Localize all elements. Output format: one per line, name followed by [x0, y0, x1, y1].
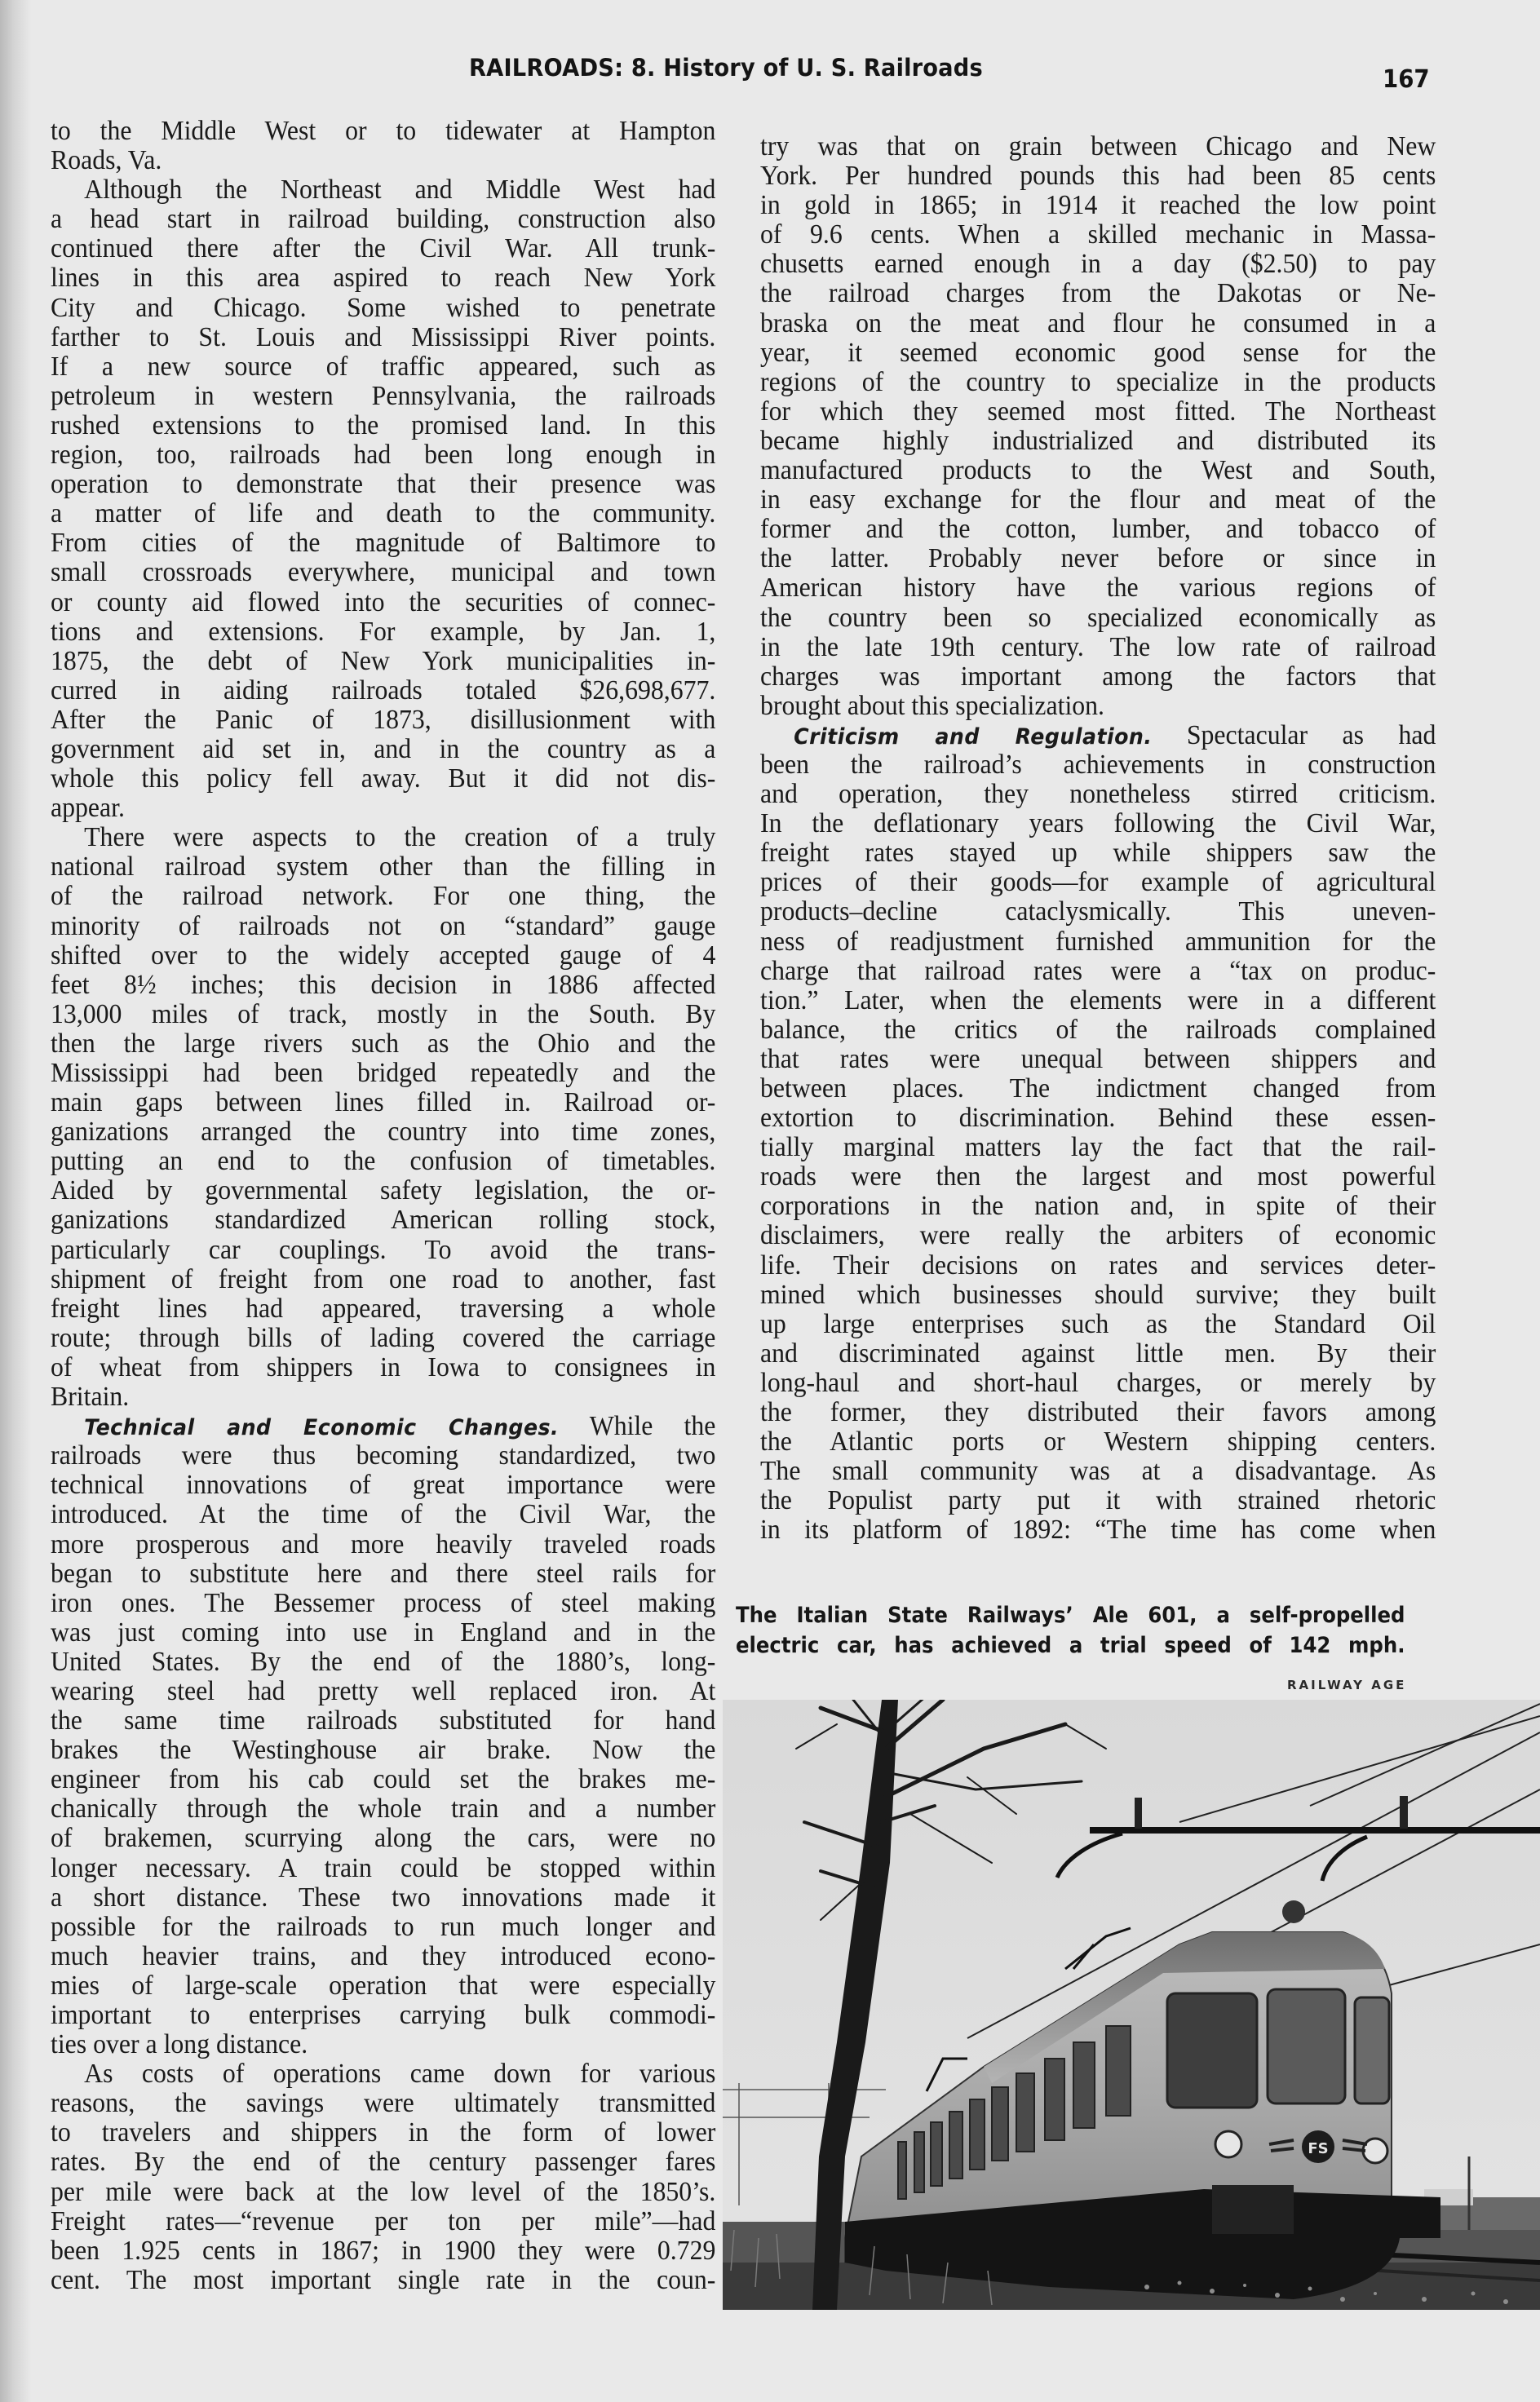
text-line: the country been so specialized economic…: [760, 604, 1436, 633]
text-line: balance, the critics of the railroads co…: [760, 1015, 1436, 1045]
text-line: tion.” Later, when the elements were in …: [760, 986, 1436, 1015]
text-line: freight lines had appeared, traversing a…: [51, 1294, 715, 1324]
text-line: of wheat from shippers in Iowa to consig…: [51, 1353, 715, 1382]
text-line: City and Chicago. Some wished to penetra…: [51, 294, 715, 323]
text-line: In the deflationary years following the …: [760, 809, 1436, 838]
text-line: national railroad system other than the …: [51, 852, 715, 882]
text-line: disclaimers, were really the arbiters of…: [760, 1221, 1436, 1250]
text-fragment: Spectacular as had: [1187, 720, 1436, 750]
text-line: the latter. Probably never before or sin…: [760, 544, 1436, 573]
text-line: regions of the country to specialize in …: [760, 368, 1436, 397]
text-line: in gold in 1865; in 1914 it reached the …: [760, 191, 1436, 220]
text-line: particularly car couplings. To avoid the…: [51, 1236, 715, 1265]
text-line: rushed extensions to the promised land. …: [51, 411, 715, 440]
page-gutter-shadow: [0, 0, 31, 2402]
text-line: appear.: [51, 794, 715, 823]
text-line: mined which businesses should survive; t…: [760, 1281, 1436, 1310]
text-line: possible for the railroads to run much l…: [51, 1913, 715, 1942]
text-line: Freight rates—“revenue per ton per mile”…: [51, 2207, 715, 2236]
text-line: Mississippi had been bridged repeatedly …: [51, 1059, 715, 1088]
text-line: braska on the meat and flour he consumed…: [760, 309, 1436, 338]
text-line: brakes the Westinghouse air brake. Now t…: [51, 1736, 715, 1765]
section-heading-technical: Technical and Economic Changes.: [84, 1415, 559, 1440]
left-column: to the Middle West or to tidewater at Ha…: [51, 117, 715, 2295]
text-line: The small community was at a disadvantag…: [760, 1457, 1436, 1486]
text-line: ganizations arranged the country into ti…: [51, 1117, 715, 1147]
text-line: extortion to discrimination. Behind thes…: [760, 1104, 1436, 1133]
svg-text:FS: FS: [1308, 2140, 1328, 2157]
text-line: brought about this specialization.: [760, 692, 1436, 721]
text-line: try was that on grain between Chicago an…: [760, 132, 1436, 161]
text-line: the same time railroads substituted for …: [51, 1706, 715, 1736]
text-line: life. Their decisions on rates and servi…: [760, 1251, 1436, 1281]
text-line: There were aspects to the creation of a …: [51, 823, 715, 852]
text-line: shifted over to the widely accepted gaug…: [51, 941, 715, 971]
text-line: in easy exchange for the flour and meat …: [760, 485, 1436, 515]
text-line: the Atlantic ports or Western shipping c…: [760, 1427, 1436, 1457]
text-line: ganizations standardized American rollin…: [51, 1205, 715, 1235]
text-line: railroads were thus becoming standardize…: [51, 1441, 715, 1471]
text-line: to the Middle West or to tidewater at Ha…: [51, 117, 715, 146]
text-line: technical innovations of great importanc…: [51, 1471, 715, 1500]
text-line: been 1.925 cents in 1867; in 1900 they w…: [51, 2236, 715, 2266]
text-line: much heavier trains, and they introduced…: [51, 1942, 715, 1971]
text-line: ties over a long distance.: [51, 2030, 715, 2059]
text-line: been the railroad’s achievements in cons…: [760, 750, 1436, 780]
text-line: York. Per hundred pounds this had been 8…: [760, 161, 1436, 191]
text-line: 1875, the debt of New York municipalitie…: [51, 647, 715, 676]
text-line: that rates were unequal between shippers…: [760, 1045, 1436, 1074]
text-line: engineer from his cab could set the brak…: [51, 1765, 715, 1794]
text-line: prices of their goods—for example of agr…: [760, 868, 1436, 897]
text-line: wearing steel had pretty well replaced i…: [51, 1677, 715, 1706]
section-heading-criticism: Criticism and Regulation.: [794, 724, 1152, 750]
text-line: the former, they distributed their favor…: [760, 1398, 1436, 1427]
text-line: manufactured products to the West and So…: [760, 456, 1436, 485]
text-line: American history have the various region…: [760, 573, 1436, 603]
text-line: Although the Northeast and Middle West h…: [51, 175, 715, 205]
text-line: year, it seemed economic good sense for …: [760, 338, 1436, 368]
text-line: was just coming into use in England and …: [51, 1618, 715, 1648]
text-line: shipment of freight from one road to ano…: [51, 1265, 715, 1294]
text-line: As costs of operations came down for var…: [51, 2059, 715, 2089]
text-line: rates. By the end of the century passeng…: [51, 2148, 715, 2177]
text-line: charge that railroad rates were a “tax o…: [760, 957, 1436, 986]
text-line: freight rates stayed up while shippers s…: [760, 838, 1436, 868]
text-line: a matter of life and death to the commun…: [51, 499, 715, 529]
text-line: chanically through the whole train and a…: [51, 1794, 715, 1824]
text-line: feet 8½ inches; this decision in 1886 af…: [51, 971, 715, 1000]
text-line: or county aid flowed into the securities…: [51, 588, 715, 617]
text-line: more prosperous and more heavily travele…: [51, 1530, 715, 1559]
text-line: 13,000 miles of track, mostly in the Sou…: [51, 1000, 715, 1029]
text-line: Aided by governmental safety legislation…: [51, 1176, 715, 1205]
text-line: continued there after the Civil War. All…: [51, 234, 715, 263]
text-line: the Populist party put it with strained …: [760, 1486, 1436, 1515]
section-heading-line: Technical and Economic Changes. While th…: [51, 1412, 715, 1441]
text-line: region, too, railroads had been long eno…: [51, 440, 715, 470]
text-line: then the large rivers such as the Ohio a…: [51, 1029, 715, 1059]
text-line: mies of large-scale operation that were …: [51, 1971, 715, 2001]
photo-credit: RAILWAY AGE: [1287, 1678, 1406, 1692]
page-number: 167: [1383, 65, 1430, 94]
text-line: farther to St. Louis and Mississippi Riv…: [51, 323, 715, 352]
figure-caption: The Italian State Railways’ Ale 601, a s…: [736, 1600, 1406, 1661]
text-line: corporations in the nation and, in spite…: [760, 1192, 1436, 1221]
text-line: the railroad charges from the Dakotas or…: [760, 279, 1436, 308]
text-line: up large enterprises such as the Standar…: [760, 1310, 1436, 1339]
text-line: ness of readjustment furnished ammunitio…: [760, 927, 1436, 957]
text-line: a head start in railroad building, const…: [51, 205, 715, 234]
text-line: route; through bills of lading covered t…: [51, 1324, 715, 1353]
text-line: in the late 19th century. The low rate o…: [760, 633, 1436, 662]
text-line: Roads, Va.: [51, 146, 715, 175]
text-line: Britain.: [51, 1382, 715, 1412]
text-line: per mile were back at the low level of t…: [51, 2178, 715, 2207]
text-line: of brakemen, scurrying along the cars, w…: [51, 1824, 715, 1853]
text-line: for which they seemed most fitted. The N…: [760, 397, 1436, 427]
text-line: former and the cotton, lumber, and tobac…: [760, 515, 1436, 544]
text-line: minority of railroads not on “standard” …: [51, 912, 715, 941]
text-line: roads were then the largest and most pow…: [760, 1162, 1436, 1192]
text-line: reasons, the savings were ultimately tra…: [51, 2089, 715, 2118]
text-line: small crossroads everywhere, municipal a…: [51, 558, 715, 587]
caption-line: electric car, has achieved a trial speed…: [736, 1630, 1405, 1661]
text-line: tions and extensions. For example, by Ja…: [51, 617, 715, 647]
text-line: After the Panic of 1873, disillusionment…: [51, 706, 715, 735]
section-heading-line: Criticism and Regulation. Spectacular as…: [760, 721, 1436, 750]
text-line: United States. By the end of the 1880’s,…: [51, 1648, 715, 1677]
right-column: try was that on grain between Chicago an…: [760, 132, 1436, 1546]
text-line: If a new source of traffic appeared, suc…: [51, 352, 715, 382]
text-line: iron ones. The Bessemer process of steel…: [51, 1589, 715, 1618]
text-line: charges was important among the factors …: [760, 662, 1436, 692]
text-line: tially marginal matters lay the fact tha…: [760, 1133, 1436, 1162]
text-line: main gaps between lines filled in. Railr…: [51, 1088, 715, 1117]
text-line: operation to demonstrate that their pres…: [51, 470, 715, 499]
text-line: government aid set in, and in the countr…: [51, 735, 715, 764]
text-line: chusetts earned enough in a day ($2.50) …: [760, 250, 1436, 279]
text-line: in its platform of 1892: “The time has c…: [760, 1515, 1436, 1545]
text-line: introduced. At the time of the Civil War…: [51, 1500, 715, 1529]
text-line: petroleum in western Pennsylvania, the r…: [51, 382, 715, 411]
text-line: products–decline cataclysmically. This u…: [760, 897, 1436, 927]
text-line: long-haul and short-haul charges, or mer…: [760, 1369, 1436, 1398]
text-line: lines in this area aspired to reach New …: [51, 263, 715, 293]
text-line: whole this policy fell away. But it did …: [51, 764, 715, 794]
text-fragment: While the: [590, 1411, 716, 1441]
text-line: of the railroad network. For one thing, …: [51, 882, 715, 911]
text-line: curred in aiding railroads totaled $26,6…: [51, 676, 715, 706]
text-line: began to substitute here and there steel…: [51, 1559, 715, 1589]
caption-line: The Italian State Railways’ Ale 601, a s…: [736, 1600, 1405, 1630]
text-line: putting an end to the confusion of timet…: [51, 1147, 715, 1176]
text-line: a short distance. These two innovations …: [51, 1883, 715, 1913]
text-line: became highly industrialized and distrib…: [760, 427, 1436, 456]
text-line: From cities of the magnitude of Baltimor…: [51, 529, 715, 558]
text-line: important to enterprises carrying bulk c…: [51, 2001, 715, 2030]
train-photo-illustration: FS: [723, 1700, 1540, 2310]
text-line: of 9.6 cents. When a skilled mechanic in…: [760, 220, 1436, 250]
text-line: and discriminated against little men. By…: [760, 1339, 1436, 1369]
text-line: to travelers and shippers in the form of…: [51, 2118, 715, 2148]
electric-railcar-photo: FS: [723, 1700, 1540, 2310]
running-head: RAILROADS: 8. History of U. S. Railroads: [469, 54, 983, 82]
text-line: between places. The indictment changed f…: [760, 1074, 1436, 1104]
text-line: and operation, they nonetheless stirred …: [760, 780, 1436, 809]
text-line: longer necessary. A train could be stopp…: [51, 1854, 715, 1883]
text-line: cent. The most important single rate in …: [51, 2266, 715, 2295]
